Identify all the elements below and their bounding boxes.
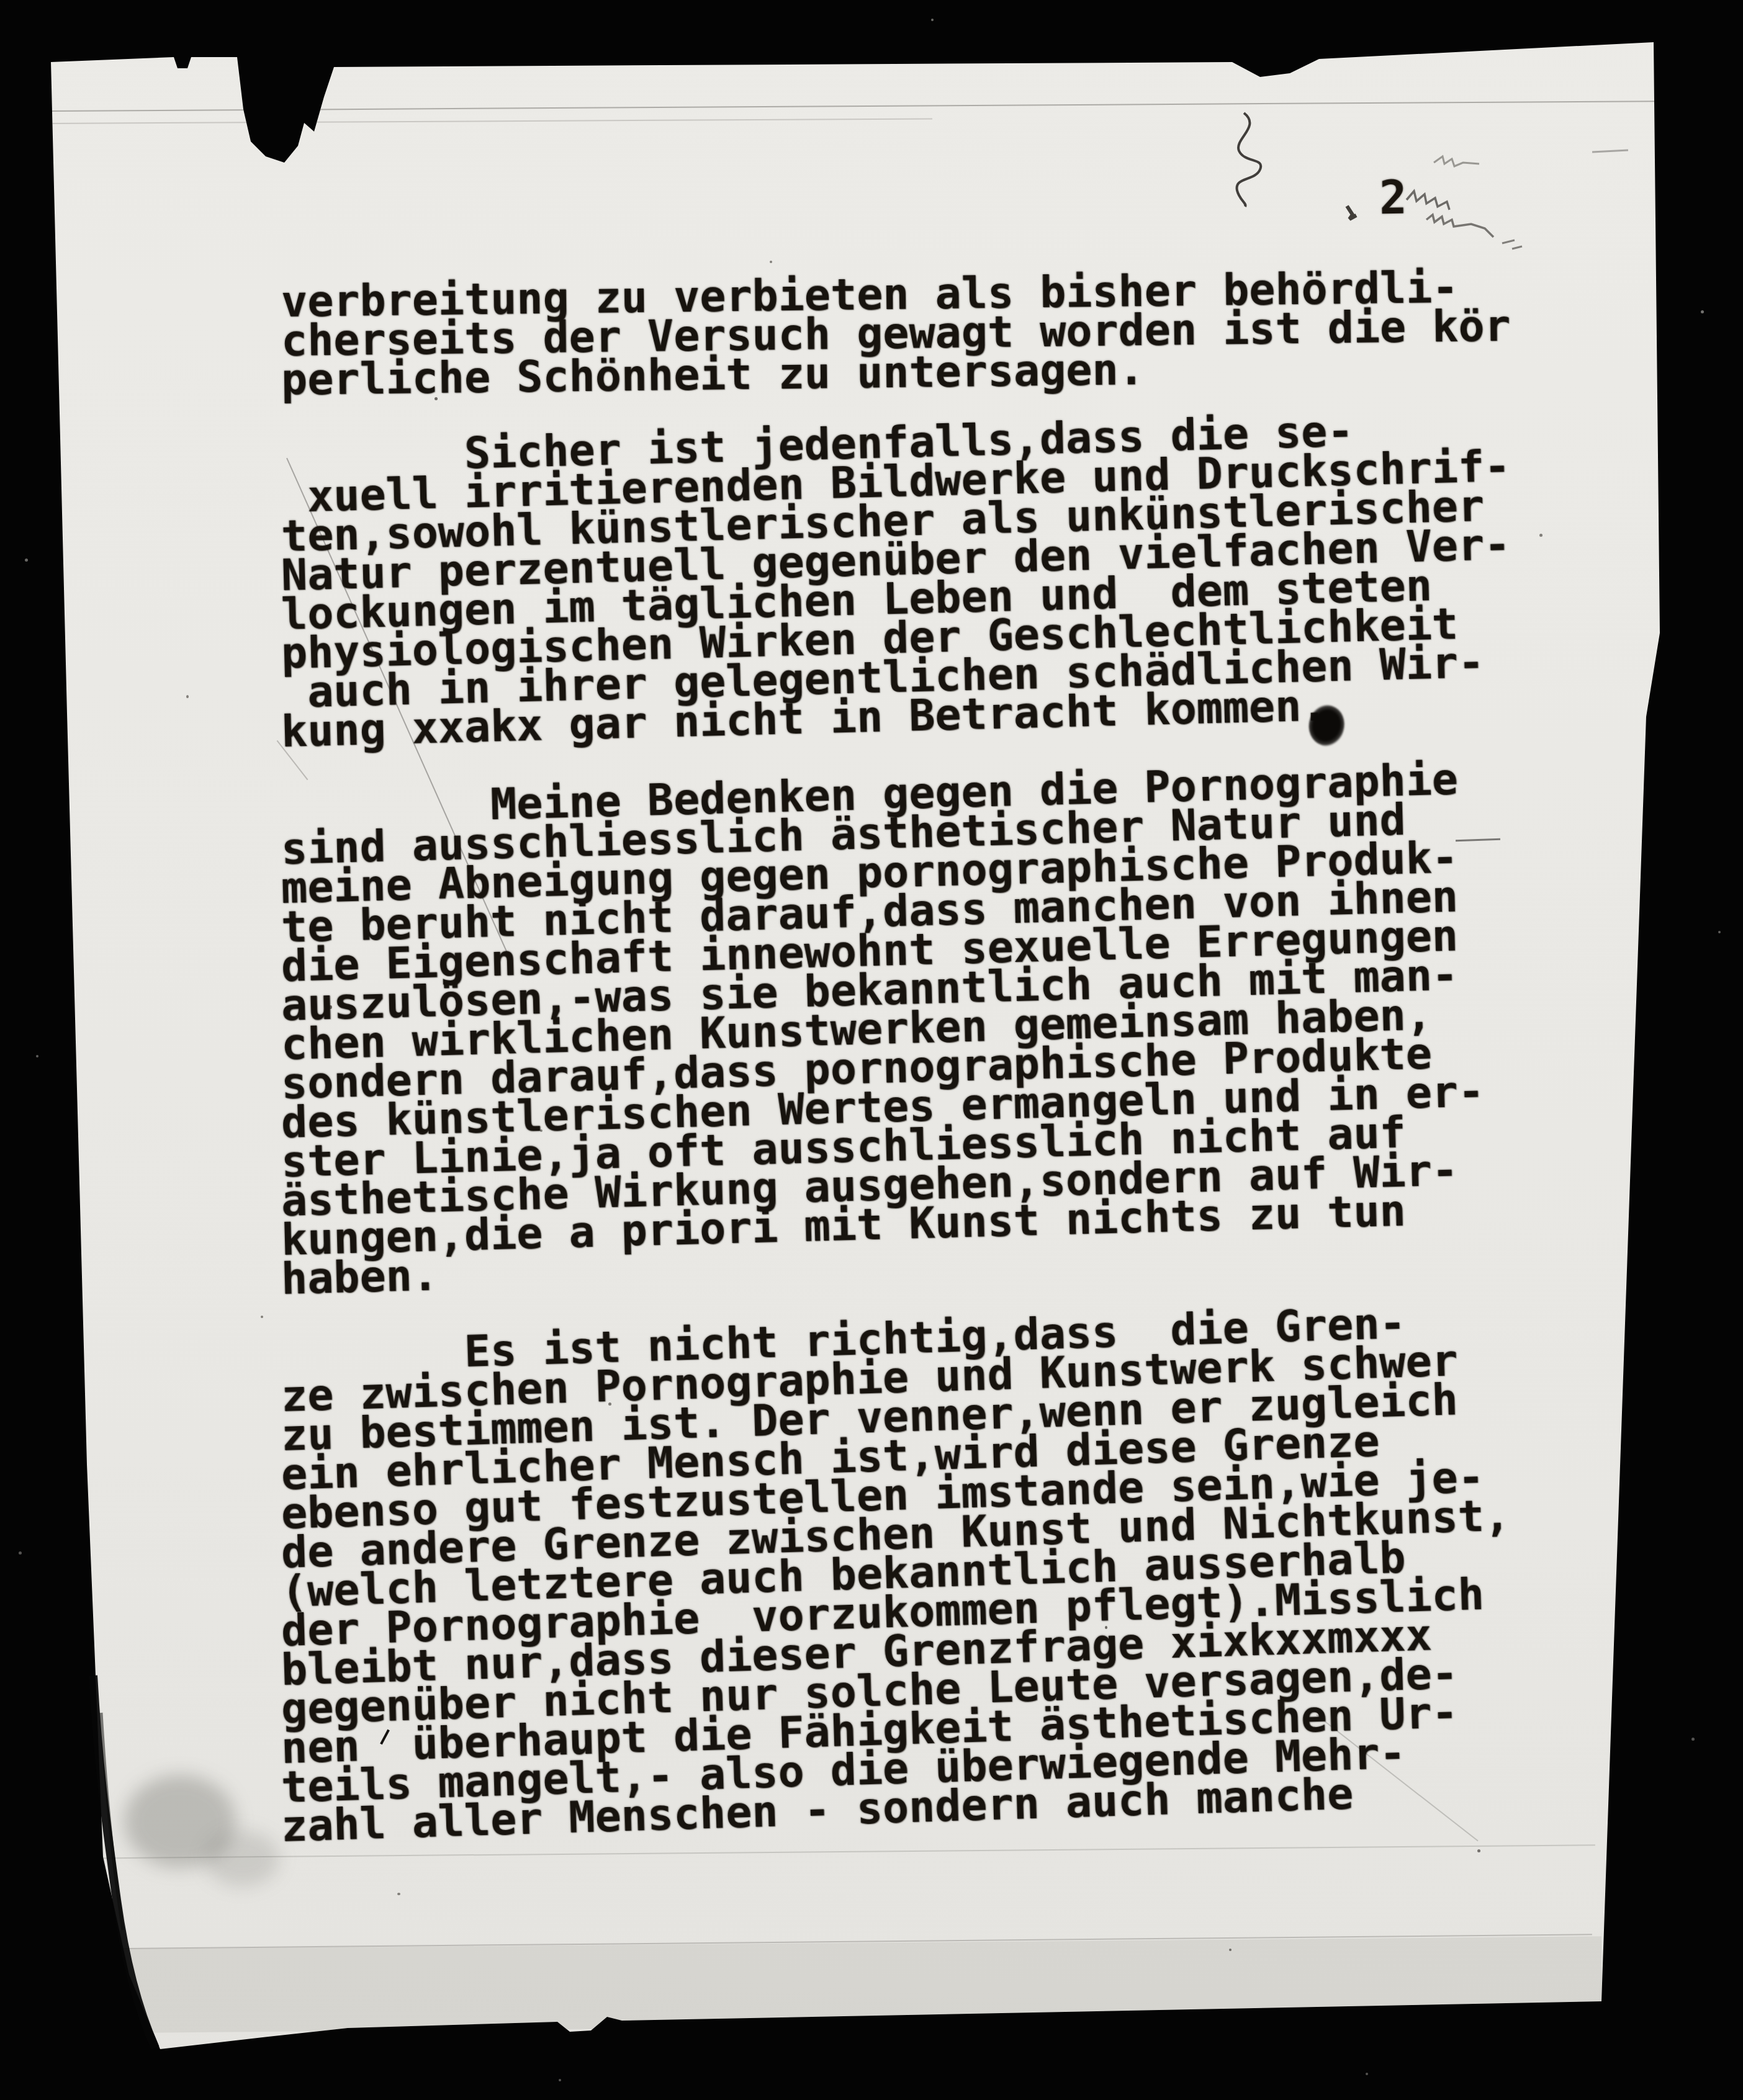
dust-speck <box>397 1893 400 1895</box>
dust-speck <box>608 1402 611 1406</box>
page-number: 2 <box>1379 171 1407 225</box>
paper-sheet: 2 verbreitung zu verbieten als bisher be… <box>0 0 1743 2100</box>
dust-speck <box>1366 2073 1368 2075</box>
fold-shadow-band <box>56 1936 1602 2034</box>
paragraph: verbreitung zu verbieten als bisher behö… <box>281 282 1511 400</box>
dust-speck <box>540 1129 543 1132</box>
dust-speck <box>261 1316 263 1318</box>
typed-text: verbreitung zu verbieten als bisher behö… <box>281 282 1511 1885</box>
dust-speck <box>329 1005 332 1009</box>
dust-speck <box>435 397 438 400</box>
ink-smudge <box>205 1831 279 1887</box>
dust-speck <box>36 1055 38 1057</box>
dust-speck <box>1701 310 1704 313</box>
dust-speck <box>770 261 772 263</box>
dust-speck <box>25 559 28 562</box>
dust-speck <box>1539 534 1543 537</box>
dust-speck <box>931 608 934 611</box>
dust-speck <box>1477 1849 1480 1852</box>
scan-background: { "document": { "page_number": "2", "par… <box>0 0 1743 2100</box>
dust-speck <box>931 19 934 21</box>
dust-speck <box>1718 931 1721 933</box>
dust-speck <box>1421 1049 1424 1051</box>
scanned-page-photo: 2 verbreitung zu verbieten als bisher be… <box>0 0 1743 2100</box>
dust-speck <box>1229 1949 1232 1951</box>
dust-speck <box>19 1551 22 1555</box>
dust-speck <box>1691 1738 1695 1741</box>
paragraph: Es ist nicht richtig,dass die Gren-ze zw… <box>281 1338 1511 1846</box>
crease-line <box>51 101 1655 112</box>
paragraph: Meine Bedenken gegen die Pornographiesin… <box>281 791 1511 1299</box>
dust-speck <box>1105 1626 1107 1629</box>
dust-speck <box>1316 1520 1319 1523</box>
dust-speck <box>186 695 189 698</box>
crease-line <box>51 119 932 124</box>
stray-dash-mark <box>1592 149 1628 153</box>
typed-line: perliche Schönheit zu untersagen. <box>281 346 1511 400</box>
dust-speck <box>559 2079 561 2081</box>
